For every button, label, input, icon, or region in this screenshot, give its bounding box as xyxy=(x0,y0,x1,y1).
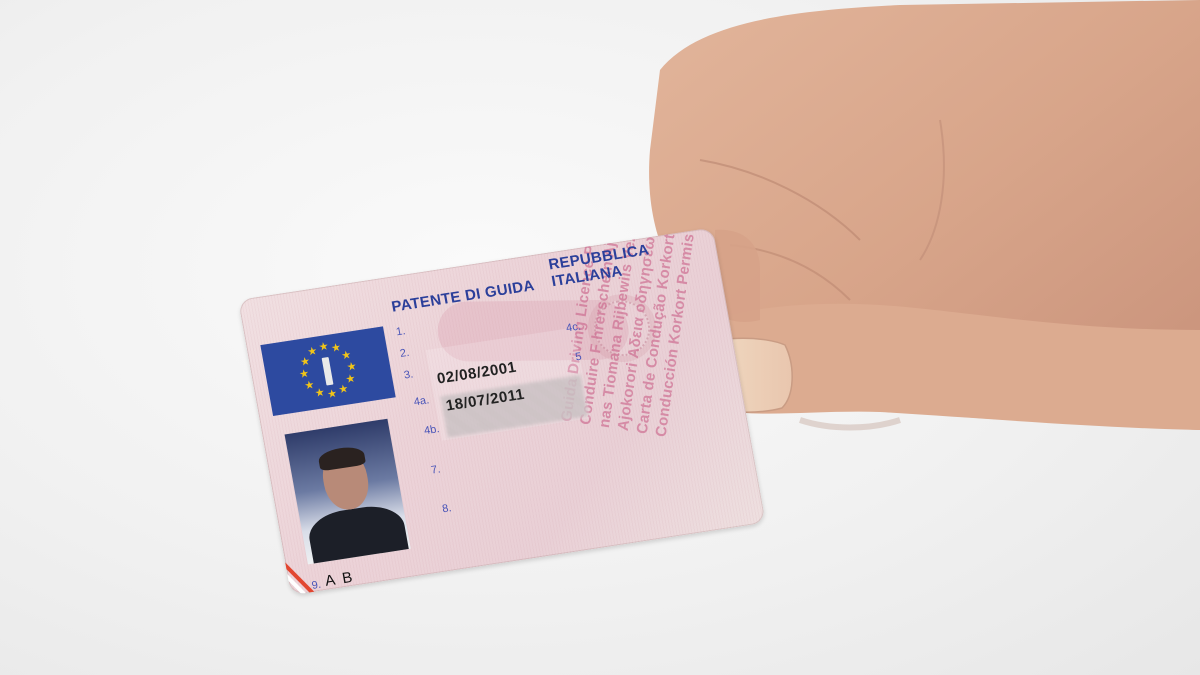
eu-star-icon: ★ xyxy=(346,361,358,373)
eu-star-icon: ★ xyxy=(318,341,330,353)
field-label-2: 2. xyxy=(399,347,410,360)
field-label-1: 1. xyxy=(395,325,406,338)
field-label-4c: 4c. xyxy=(565,321,582,335)
photo-scene: Guida Driving Licence Permis de Conduire… xyxy=(0,0,1200,675)
field-label-8: 8. xyxy=(441,502,452,515)
country-code-i xyxy=(322,357,334,386)
eu-star-icon: ★ xyxy=(314,387,326,399)
eu-star-icon: ★ xyxy=(307,346,319,358)
holder-photo xyxy=(285,419,411,565)
eu-star-icon: ★ xyxy=(338,384,350,396)
eu-flag-icon: ★★★★★★★★★★★★ xyxy=(260,326,395,416)
eu-star-icon: ★ xyxy=(298,369,310,381)
eu-star-icon: ★ xyxy=(304,380,316,392)
field-label-4b: 4b. xyxy=(423,423,440,437)
field-label-7: 7. xyxy=(430,463,441,476)
field-label-3: 3. xyxy=(403,368,414,381)
eu-stars: ★★★★★★★★★★★★ xyxy=(260,326,383,345)
field-label-4a: 4a. xyxy=(413,394,430,408)
eu-star-icon: ★ xyxy=(326,389,338,401)
